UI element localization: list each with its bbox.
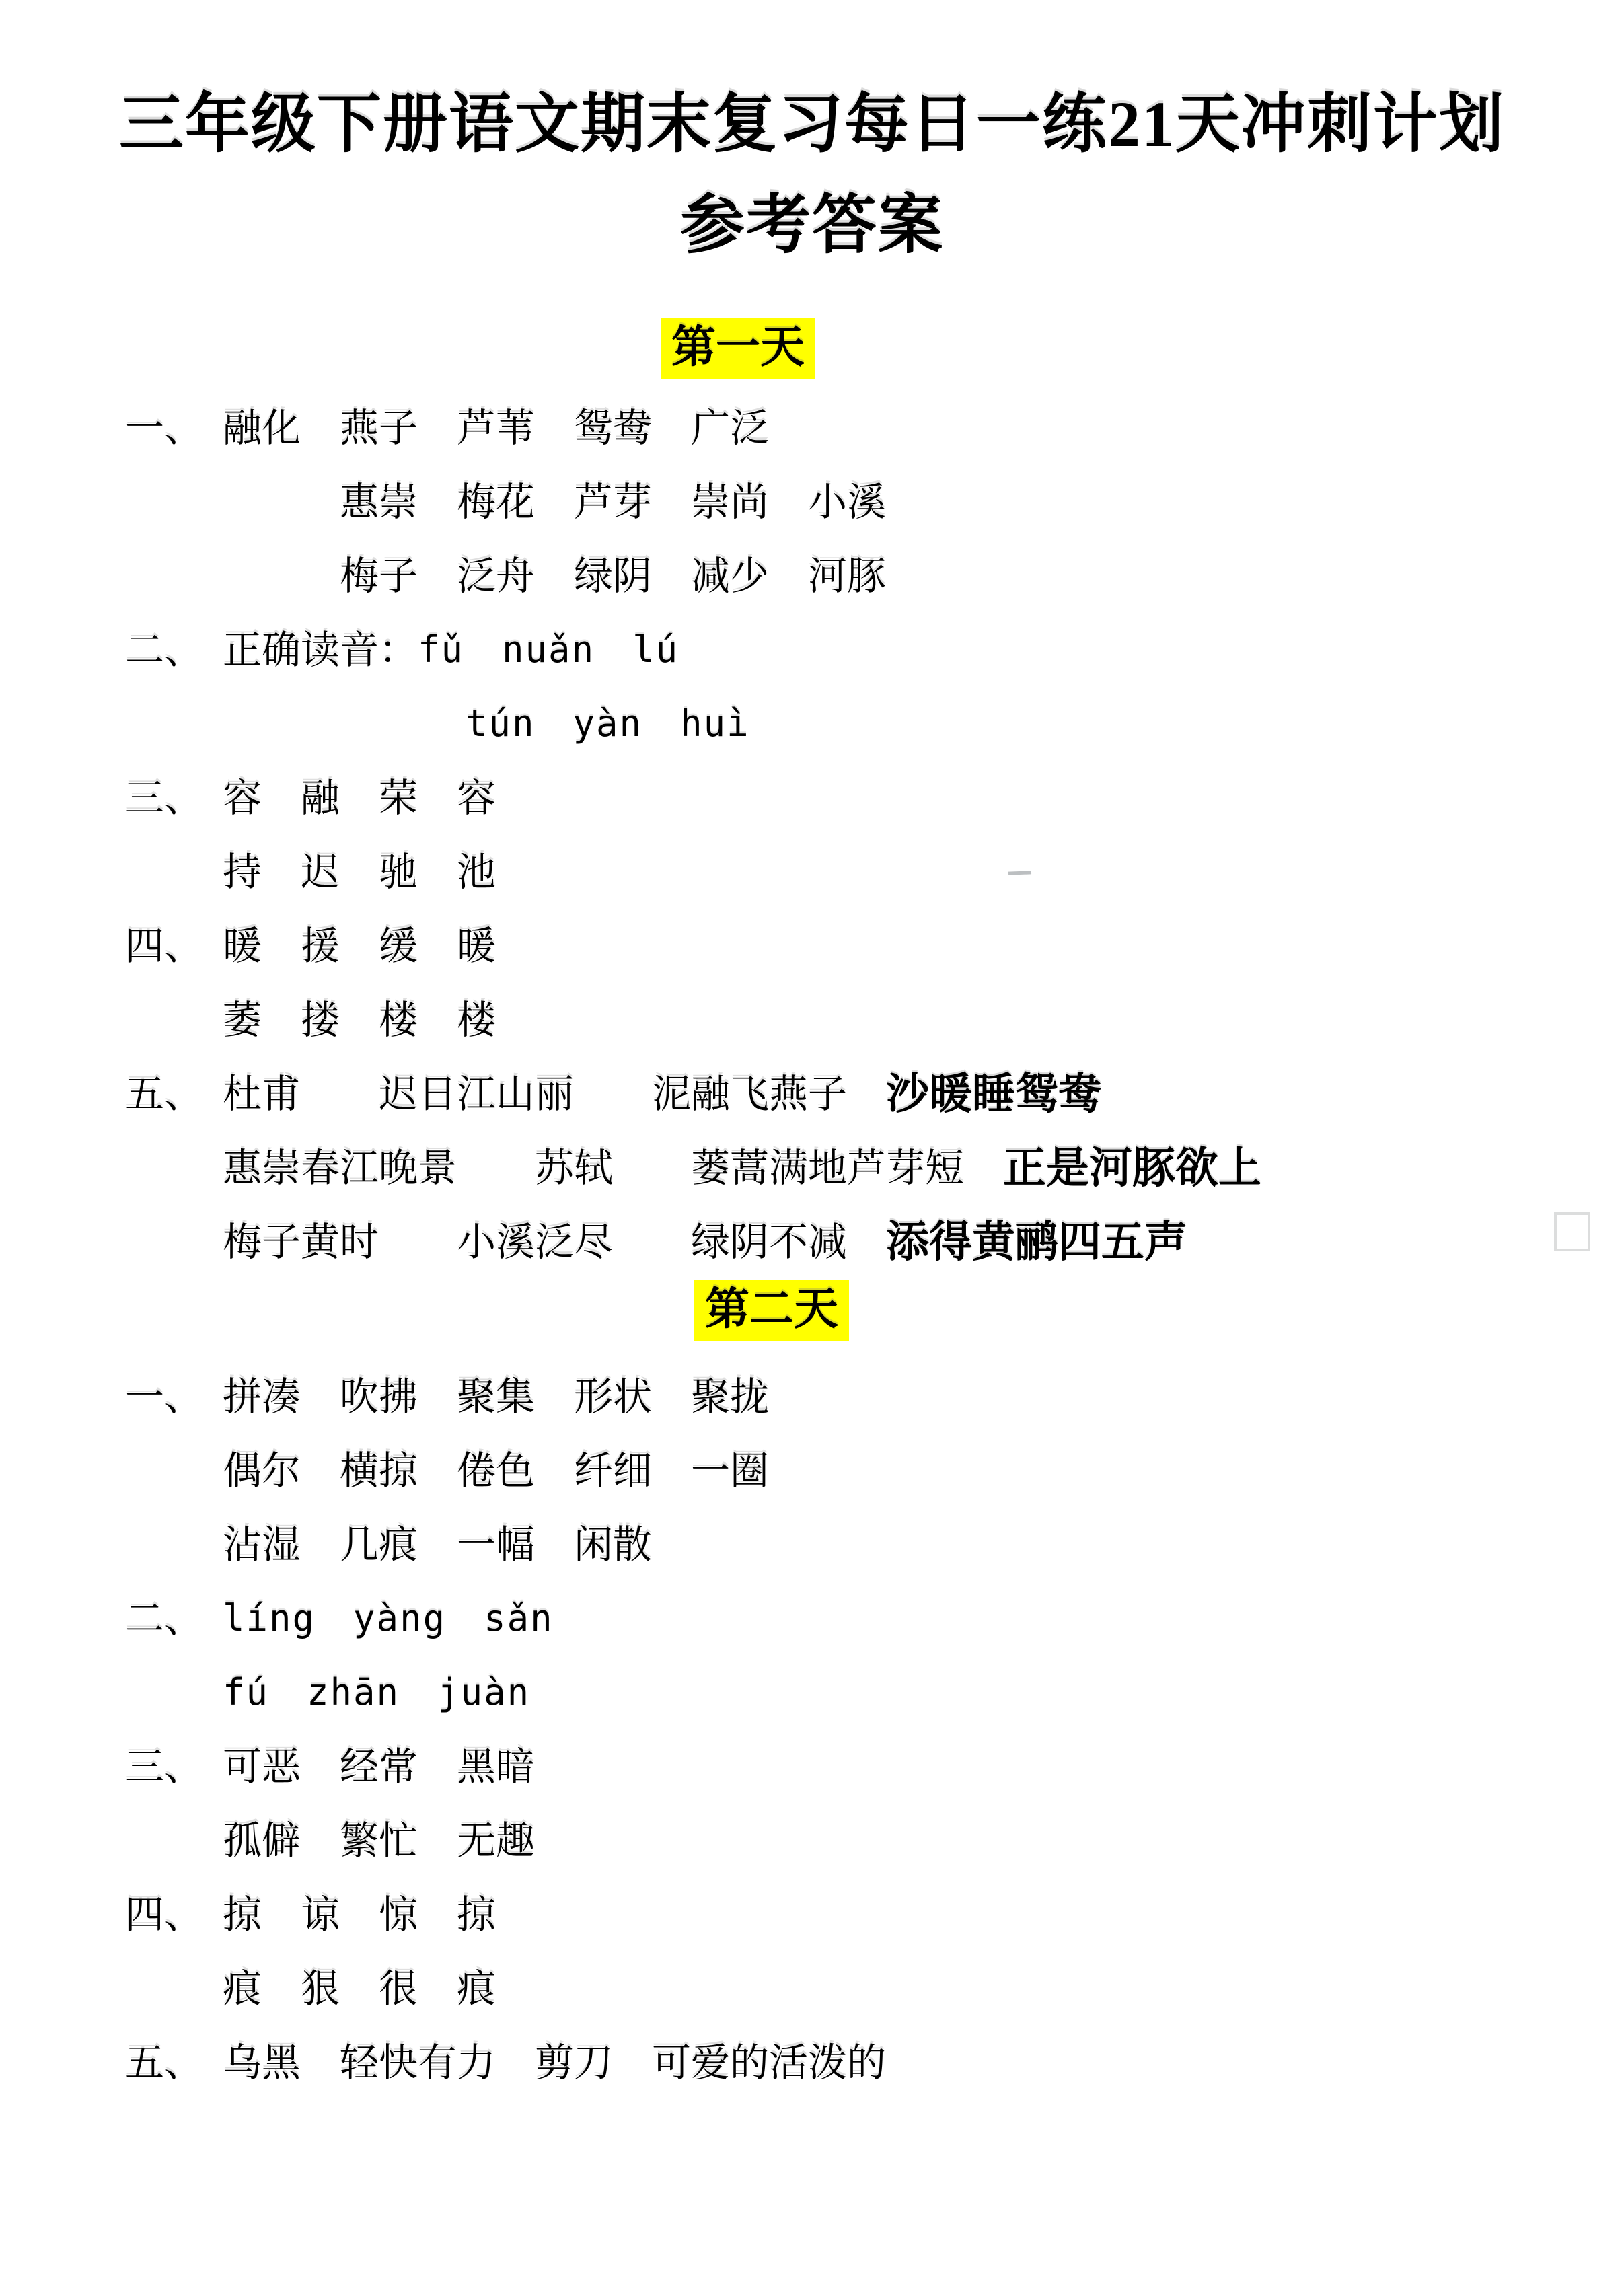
item-text: 沾湿 几痕 一幅 闲散: [223, 1513, 652, 1569]
day1-content: 一、 融化 燕子 芦苇 鸳鸯 广泛 惠崇 梅花 芦芽 崇尚 小溪 梅子 泛舟 绿…: [0, 387, 1624, 1275]
item-text: 痕 狠 很 痕: [223, 1957, 496, 2013]
day2-item2-row2: fú zhān juàn: [0, 1652, 1624, 1726]
item-number: 三、: [125, 766, 223, 823]
item-number: 五、: [125, 2031, 223, 2087]
day2-content: 一、 拼凑 吹拂 聚集 形状 聚拢 偶尔 横掠 倦色 纤细 一圈 沾湿 几痕 一…: [0, 1356, 1624, 2096]
day1-header-row: 第一天: [0, 318, 1624, 385]
document-page: 三年级下册语文期末复习每日一练21天冲刺计划 参考答案 第一天 一、 融化 燕子…: [0, 0, 1624, 2296]
item-text: 融化 燕子 芦苇 鸳鸯 广泛: [223, 396, 769, 453]
item-number: 五、: [125, 1062, 223, 1119]
day1-item3-row2: 持 迟 驰 池: [0, 831, 1624, 905]
item-text: 梅子 泛舟 绿阴 减少 河豚: [340, 544, 886, 601]
item-number: 四、: [125, 914, 223, 971]
item-text: 杜甫 迟日江山丽 泥融飞燕子: [223, 1062, 847, 1119]
day1-item5-row2: 惠崇春江晚景 苏轼 蒌蒿满地芦芽短 正是河豚欲上: [0, 1127, 1624, 1201]
day2-item4-row2: 痕 狠 很 痕: [0, 1948, 1624, 2022]
day1-item5-row3: 梅子黄时 小溪泛尽 绿阴不减 添得黄鹂四五声: [0, 1201, 1624, 1275]
day2-item3-row1: 三、 可恶 经常 黑暗: [0, 1726, 1624, 1800]
item-number: 一、: [125, 1365, 223, 1421]
day1-item1-row1: 一、 融化 燕子 芦苇 鸳鸯 广泛: [0, 387, 1624, 461]
item-label: 正确读音：: [223, 618, 418, 675]
item-text: 持 迟 驰 池: [223, 840, 496, 897]
day1-item1-row2: 惠崇 梅花 芦芽 崇尚 小溪: [0, 461, 1624, 535]
document-title-line1: 三年级下册语文期末复习每日一练21天冲刺计划: [0, 74, 1624, 175]
pinyin-text: líng yàng sǎn: [223, 1590, 554, 1641]
item-text: 乌黑 轻快有力 剪刀 可爱的活泼的: [223, 2031, 886, 2087]
item-text: 拼凑 吹拂 聚集 形状 聚拢: [223, 1365, 769, 1421]
answer-bold-text: 沙暖睡鸳鸯: [886, 1060, 1101, 1121]
day1-item1-row3: 梅子 泛舟 绿阴 减少 河豚: [0, 535, 1624, 609]
day1-item5-row1: 五、 杜甫 迟日江山丽 泥融飞燕子 沙暖睡鸳鸯: [0, 1053, 1624, 1127]
title-block: 三年级下册语文期末复习每日一练21天冲刺计划 参考答案: [0, 74, 1624, 276]
item-text: 容 融 荣 容: [223, 766, 496, 823]
day2-item4-row1: 四、 掠 谅 惊 掠: [0, 1874, 1624, 1948]
item-text: 可恶 经常 黑暗: [223, 1735, 535, 1791]
day2-item1-row1: 一、 拼凑 吹拂 聚集 形状 聚拢: [0, 1356, 1624, 1430]
day2-item1-row2: 偶尔 横掠 倦色 纤细 一圈: [0, 1430, 1624, 1504]
item-number: 二、: [125, 618, 223, 675]
day1-item2-row1: 二、 正确读音： fǔ nuǎn lú: [0, 609, 1624, 683]
item-text: 惠崇春江晚景 苏轼 蒌蒿满地芦芽短: [223, 1136, 964, 1193]
item-text: 梅子黄时 小溪泛尽 绿阴不减: [223, 1210, 847, 1267]
day1-item2-row2: tún yàn huì: [0, 683, 1624, 757]
day2-item3-row2: 孤僻 繁忙 无趣: [0, 1800, 1624, 1874]
day1-item4-row2: 萎 搂 楼 楼: [0, 979, 1624, 1053]
pinyin-text: fǔ nuǎn lú: [418, 621, 679, 673]
day2-header-highlight: 第二天: [694, 1280, 849, 1341]
day2-item2-row1: 二、 líng yàng sǎn: [0, 1578, 1624, 1652]
answer-bold-text: 正是河豚欲上: [1003, 1134, 1261, 1195]
item-number: 二、: [125, 1587, 223, 1643]
day1-item3-row1: 三、 容 融 荣 容: [0, 757, 1624, 831]
item-number: 三、: [125, 1735, 223, 1791]
document-title-line2: 参考答案: [0, 175, 1624, 276]
scan-artifact-box: [1554, 1212, 1590, 1251]
day2-item1-row3: 沾湿 几痕 一幅 闲散: [0, 1504, 1624, 1578]
item-number: 一、: [125, 396, 223, 453]
pinyin-text: fú zhān juàn: [223, 1664, 530, 1715]
item-text: 孤僻 繁忙 无趣: [223, 1809, 535, 1865]
item-text: 偶尔 横掠 倦色 纤细 一圈: [223, 1439, 769, 1495]
item-text: 掠 谅 惊 掠: [223, 1883, 496, 1939]
pinyin-text: tún yàn huì: [466, 695, 750, 747]
item-text: 惠崇 梅花 芦芽 崇尚 小溪: [340, 470, 886, 527]
day2-item5-row1: 五、 乌黑 轻快有力 剪刀 可爱的活泼的: [0, 2022, 1624, 2096]
item-number: 四、: [125, 1883, 223, 1939]
day1-header-highlight: 第一天: [661, 318, 815, 379]
item-text: 萎 搂 楼 楼: [223, 988, 496, 1045]
item-text: 暖 援 缓 暖: [223, 914, 496, 971]
answer-bold-text: 添得黄鹂四五声: [886, 1208, 1187, 1269]
day2-header-row: 第二天: [0, 1275, 1624, 1354]
day1-item4-row1: 四、 暖 援 缓 暖: [0, 905, 1624, 979]
